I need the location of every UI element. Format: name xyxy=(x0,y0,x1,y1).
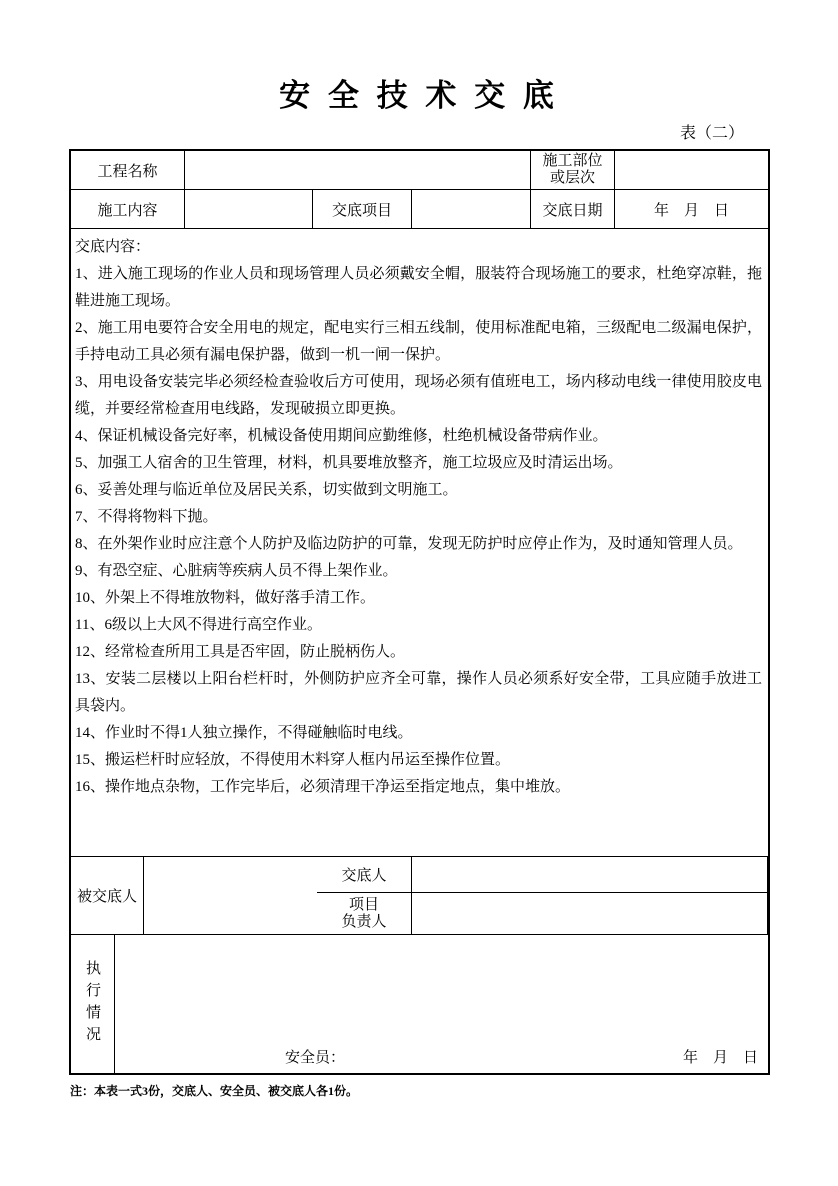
disclosure-item-text: 12、经常检查所用工具是否牢固，防止脱柄伤人。 xyxy=(75,639,762,666)
page-title: 安 全 技 术 交 底 xyxy=(0,0,838,116)
sheet-number-label: 表（二） xyxy=(69,124,770,144)
disclosure-item-text: 10、外架上不得堆放物料，做好落手清工作。 xyxy=(75,585,762,612)
disclosee-signature-value xyxy=(144,857,317,934)
disclosure-item-text: 14、作业时不得1人独立操作，不得碰触临时电线。 xyxy=(75,720,762,747)
execution-status-label: 执行情况 xyxy=(71,935,115,1073)
execution-section: 执行情况 安全员： 年 月 日 xyxy=(71,934,768,1073)
disclosure-form-table: 工程名称 施工部位 或层次 施工内容 交底项目 交底日期 年 月 日 交底内容：… xyxy=(69,149,770,1075)
disclosure-item-text: 5、加强工人宿舍的卫生管理，材料，机具要堆放整齐，施工垃圾应及时清运出场。 xyxy=(75,450,762,477)
construction-content-label: 施工内容 xyxy=(71,190,185,229)
disclosure-item-text: 3、用电设备安装完毕必须经检查验收后方可使用，现场必须有值班电工，场内移动电线一… xyxy=(75,369,762,423)
disclosure-item-text: 9、有恐空症、心脏病等疾病人员不得上架作业。 xyxy=(75,558,762,585)
site-part-label: 施工部位 或层次 xyxy=(531,151,615,190)
disclosure-item-text: 11、6级以上大风不得进行高空作业。 xyxy=(75,612,762,639)
project-name-value xyxy=(185,151,531,190)
discloser-signature-value xyxy=(412,857,768,893)
disclosure-item-text: 13、安装二层楼以上阳台栏杆时，外侧防护应齐全可靠，操作人员必须系好安全带，工具… xyxy=(75,666,762,720)
disclosure-item-text: 15、搬运栏杆时应轻放，不得使用木料穿人框内吊运至操作位置。 xyxy=(75,747,762,774)
disclosure-item-text: 16、操作地点杂物，工作完毕后，必须清理干净运至指定地点，集中堆放。 xyxy=(75,774,762,801)
safety-officer-sign-row: 安全员： 年 月 日 xyxy=(115,1046,768,1067)
safety-officer-label: 安全员： xyxy=(285,1046,345,1067)
disclosure-item-text: 6、妥善处理与临近单位及居民关系，切实做到文明施工。 xyxy=(75,477,762,504)
disclosure-item-text: 8、在外架作业时应注意个人防护及临边防护的可靠，发现无防护时应停止作为，及时通知… xyxy=(75,531,762,558)
execution-status-cell: 安全员： 年 月 日 xyxy=(115,935,768,1073)
discloser-label: 交底人 xyxy=(317,857,412,893)
project-manager-signature-value xyxy=(412,893,768,934)
disclosure-item-text: 1、进入施工现场的作业人员和现场管理人员必须戴安全帽，服装符合现场施工的要求，杜… xyxy=(75,261,762,315)
signature-section: 交底人 被交底人 项目 负责人 xyxy=(71,857,768,934)
site-part-value xyxy=(615,151,768,190)
disclosure-content-heading: 交底内容： xyxy=(75,234,762,261)
form-header: 工程名称 施工部位 或层次 施工内容 交底项目 交底日期 年 月 日 xyxy=(71,151,768,229)
disclosure-item-text: 4、保证机械设备完好率，机械设备使用期间应勤维修，杜绝机械设备带病作业。 xyxy=(75,423,762,450)
disclosure-item-value xyxy=(412,190,531,229)
project-name-label: 工程名称 xyxy=(71,151,185,190)
construction-content-value xyxy=(185,190,313,229)
disclosure-item-label: 交底项目 xyxy=(313,190,412,229)
disclosure-content-cell: 交底内容： 1、进入施工现场的作业人员和现场管理人员必须戴安全帽，服装符合现场施… xyxy=(71,229,768,857)
disclosure-item-text: 7、不得将物料下抛。 xyxy=(75,504,762,531)
project-manager-label: 项目 负责人 xyxy=(317,893,412,934)
document-page: 安 全 技 术 交 底 表（二） 工程名称 施工部位 或层次 施工内容 交底项目… xyxy=(0,0,838,1186)
footnote: 注：本表一式3份，交底人、安全员、被交底人各1份。 xyxy=(70,1084,838,1099)
disclosure-item-text: 2、施工用电要符合安全用电的规定，配电实行三相五线制，使用标准配电箱，三级配电二… xyxy=(75,315,762,369)
disclosee-label: 被交底人 xyxy=(71,857,144,934)
disclosure-date-value: 年 月 日 xyxy=(615,190,768,229)
execution-date-value: 年 月 日 xyxy=(683,1046,758,1067)
disclosure-date-label: 交底日期 xyxy=(531,190,615,229)
